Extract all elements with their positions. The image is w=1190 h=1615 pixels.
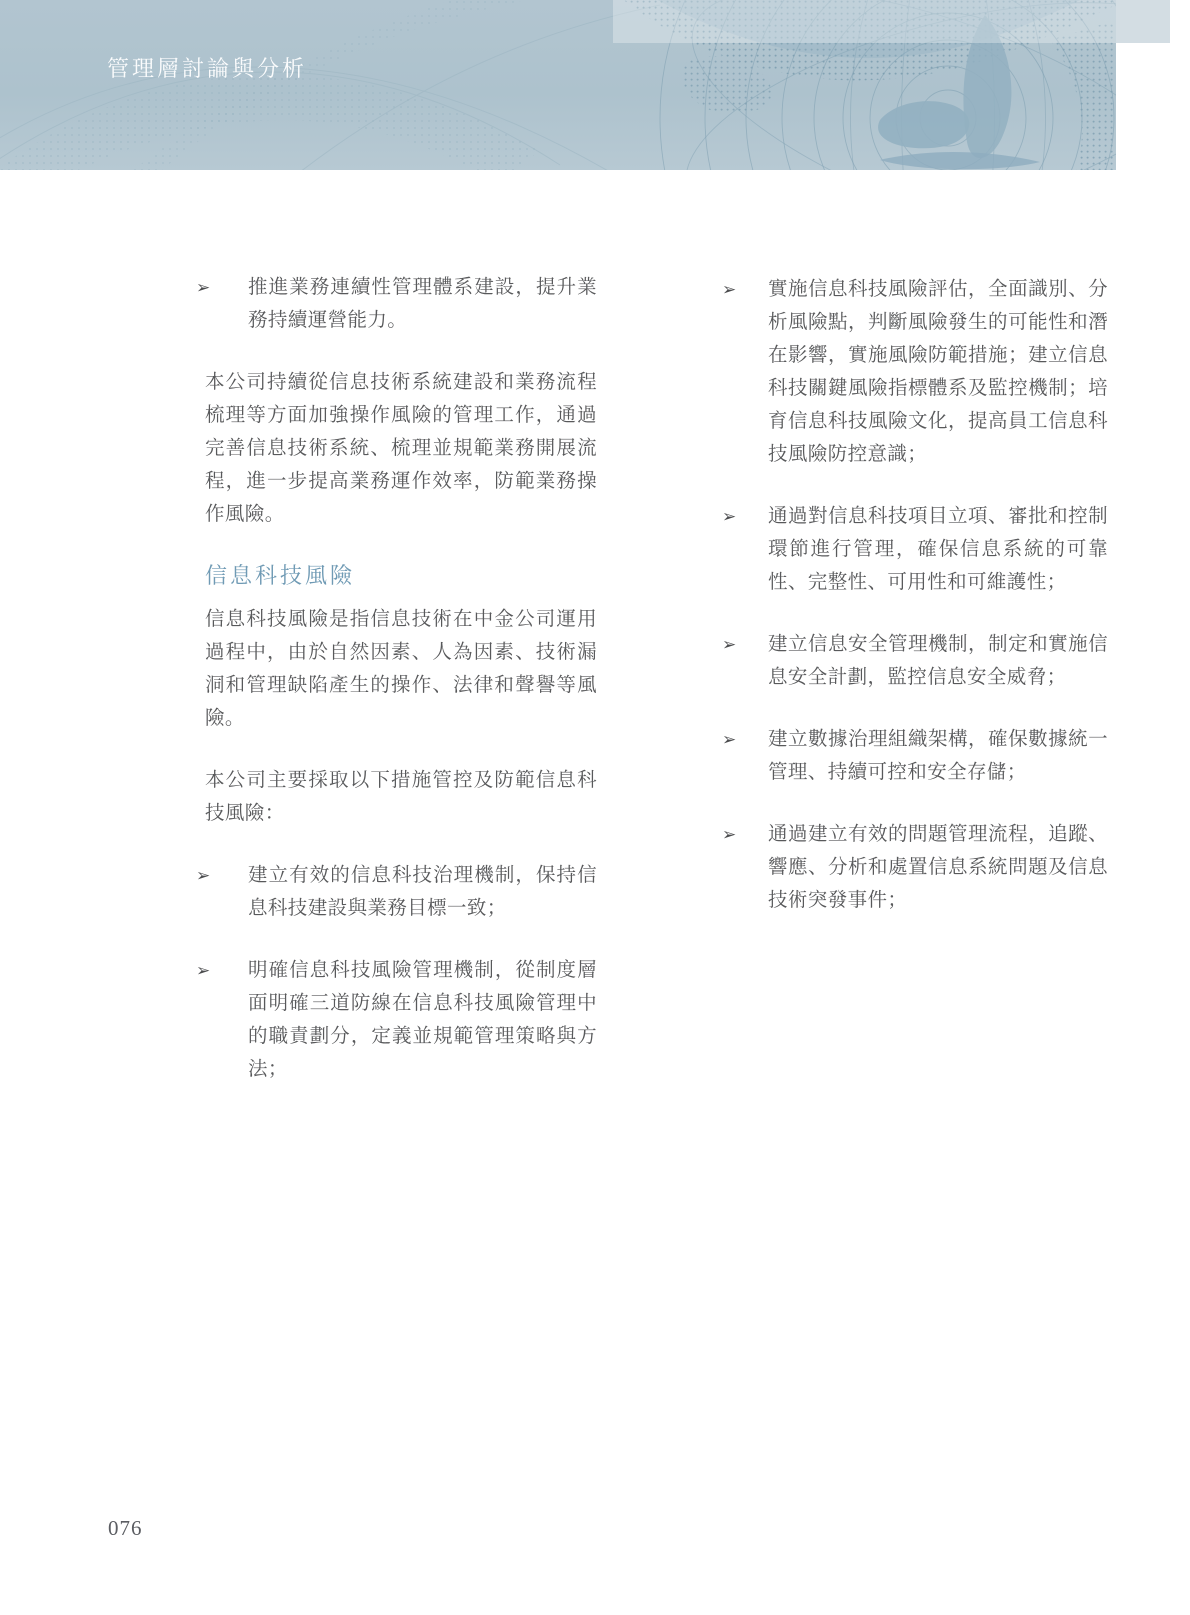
bullet-text: 建立信息安全管理機制，制定和實施信息安全計劃，監控信息安全威脅； (768, 628, 1108, 694)
document-page: 管理層討論與分析 ➢ 推進業務連續性管理體系建設，提升業務持續運營能力。 本公司… (0, 0, 1190, 1615)
arrow-bullet-icon: ➢ (196, 859, 248, 925)
arrow-bullet-icon: ➢ (722, 273, 768, 471)
header-banner: 管理層討論與分析 (0, 0, 1116, 170)
banner-highlight-strip (613, 0, 1116, 43)
bullet-text: 通過建立有效的問題管理流程，追蹤、響應、分析和處置信息系統問題及信息技術突發事件… (768, 818, 1108, 917)
bullet-item: ➢ 建立數據治理組織架構，確保數據統一管理、持續可控和安全存儲； (722, 723, 1108, 789)
bullet-text: 推進業務連續性管理體系建設，提升業務持續運營能力。 (248, 271, 597, 337)
arrow-bullet-icon: ➢ (722, 500, 768, 599)
section-heading: 信息科技風險 (196, 560, 597, 591)
bullet-text: 實施信息科技風險評估，全面識別、分析風險點，判斷風險發生的可能性和潛在影響，實施… (768, 273, 1108, 471)
arrow-bullet-icon: ➢ (196, 954, 248, 1086)
arrow-bullet-icon: ➢ (722, 723, 768, 789)
bullet-item: ➢ 通過建立有效的問題管理流程，追蹤、響應、分析和處置信息系統問題及信息技術突發… (722, 818, 1108, 917)
bullet-item: ➢ 建立有效的信息科技治理機制，保持信息科技建設與業務目標一致； (196, 859, 597, 925)
arrow-bullet-icon: ➢ (722, 628, 768, 694)
right-column: ➢ 實施信息科技風險評估，全面識別、分析風險點，判斷風險發生的可能性和潛在影響，… (722, 273, 1108, 946)
arrow-bullet-icon: ➢ (722, 818, 768, 917)
bullet-text: 建立數據治理組織架構，確保數據統一管理、持續可控和安全存儲； (768, 723, 1108, 789)
bullet-item: ➢ 明確信息科技風險管理機制，從制度層面明確三道防線在信息科技風險管理中的職責劃… (196, 954, 597, 1086)
bullet-item: ➢ 實施信息科技風險評估，全面識別、分析風險點，判斷風險發生的可能性和潛在影響，… (722, 273, 1108, 471)
bullet-item: ➢ 建立信息安全管理機制，制定和實施信息安全計劃，監控信息安全威脅； (722, 628, 1108, 694)
page-number: 076 (108, 1516, 143, 1541)
header-corner-box (1116, 0, 1170, 43)
arrow-bullet-icon: ➢ (196, 271, 248, 337)
paragraph: 本公司主要採取以下措施管控及防範信息科技風險： (196, 764, 597, 830)
left-column: ➢ 推進業務連續性管理體系建設，提升業務持續運營能力。 本公司持續從信息技術系統… (196, 271, 597, 1115)
paragraph: 本公司持續從信息技術系統建設和業務流程梳理等方面加強操作風險的管理工作，通過完善… (196, 366, 597, 531)
bullet-text: 明確信息科技風險管理機制，從制度層面明確三道防線在信息科技風險管理中的職責劃分，… (248, 954, 597, 1086)
bullet-text: 建立有效的信息科技治理機制，保持信息科技建設與業務目標一致； (248, 859, 597, 925)
paragraph: 信息科技風險是指信息技術在中金公司運用過程中，由於自然因素、人為因素、技術漏洞和… (196, 603, 597, 735)
bullet-item: ➢ 推進業務連續性管理體系建設，提升業務持續運營能力。 (196, 271, 597, 337)
bullet-item: ➢ 通過對信息科技項目立項、審批和控制環節進行管理，確保信息系統的可靠性、完整性… (722, 500, 1108, 599)
bullet-text: 通過對信息科技項目立項、審批和控制環節進行管理，確保信息系統的可靠性、完整性、可… (768, 500, 1108, 599)
page-title: 管理層討論與分析 (107, 52, 307, 86)
